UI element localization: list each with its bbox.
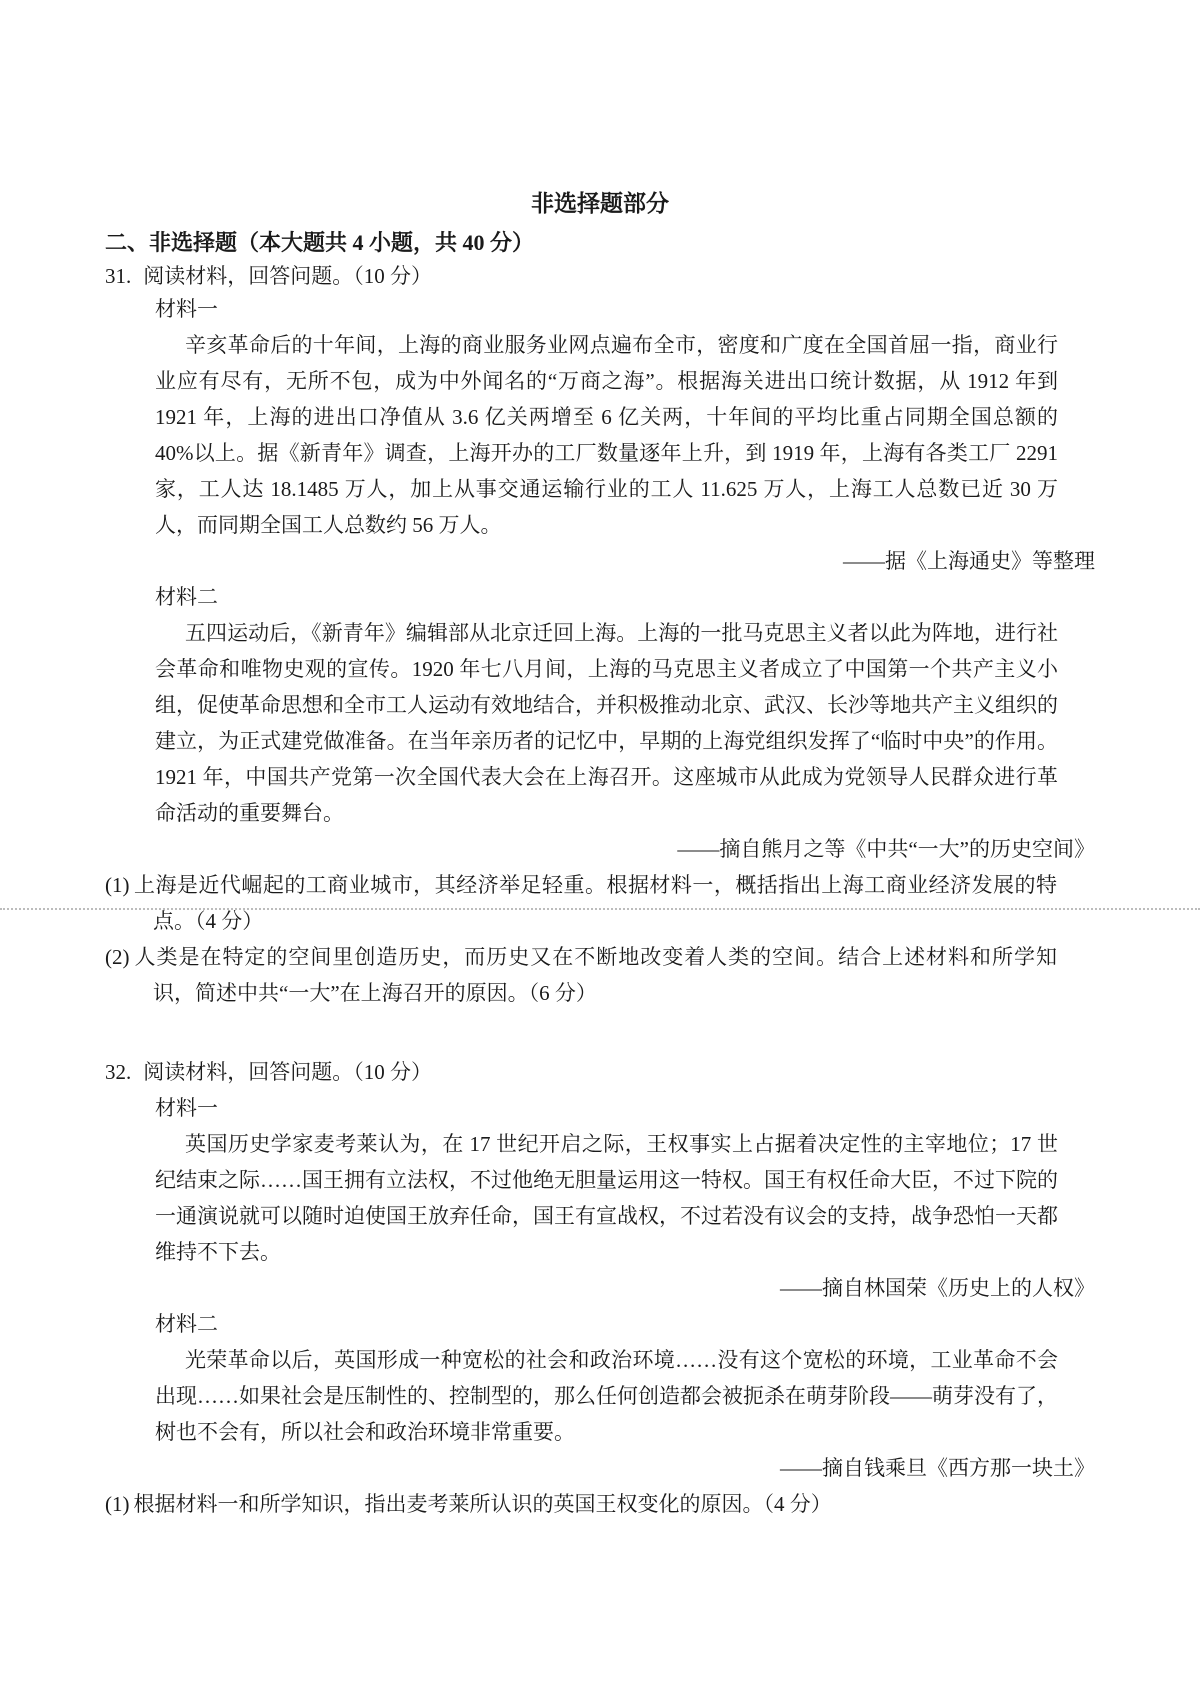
question-32-header: 32.阅读材料，回答问题。（10 分）: [105, 1054, 1095, 1090]
q31-material-1-source: ——据《上海通史》等整理: [105, 543, 1095, 579]
section-heading-main: 二、非选择题: [105, 230, 237, 255]
exam-content: 非选择题部分 二、非选择题（本大题共 4 小题，共 40 分） 31.阅读材料，…: [105, 0, 1095, 1522]
q31-material-2-text: 五四运动后，《新青年》编辑部从北京迁回上海。上海的一批马克思主义者以此为阵地，进…: [155, 615, 1058, 831]
q32-material-2-source: ——摘自钱乘旦《西方那一块土》: [105, 1450, 1095, 1486]
exam-page: 非选择题部分 二、非选择题（本大题共 4 小题，共 40 分） 31.阅读材料，…: [0, 0, 1200, 1698]
q32-subquestion-1: (1)根据材料一和所学知识，指出麦考莱所认识的英国王权变化的原因。（4 分）: [105, 1486, 1095, 1522]
q32-material-1-label: 材料一: [155, 1090, 1095, 1126]
q31-subquestion-1-number: (1): [105, 873, 130, 897]
question-31-header: 31.阅读材料，回答问题。（10 分）: [105, 261, 1095, 291]
section-title: 非选择题部分: [105, 188, 1095, 218]
section-heading: 二、非选择题（本大题共 4 小题，共 40 分）: [105, 228, 1095, 258]
q32-subquestion-1-number: (1): [105, 1492, 130, 1516]
q31-material-1-label: 材料一: [155, 291, 1095, 327]
q31-subquestion-1-text: 上海是近代崛起的工商业城市，其经济举足轻重。根据材料一，概括指出上海工商业经济发…: [134, 873, 1058, 933]
q31-material-2-label: 材料二: [155, 579, 1095, 615]
question-32-prompt: 阅读材料，回答问题。（10 分）: [143, 1060, 432, 1084]
q31-subquestion-2-text: 人类是在特定的空间里创造历史，而历史又在不断地改变着人类的空间。结合上述材料和所…: [134, 945, 1058, 1005]
q31-subquestion-2: (2)人类是在特定的空间里创造历史，而历史又在不断地改变着人类的空间。结合上述材…: [105, 939, 1095, 1011]
q32-material-2-label: 材料二: [155, 1306, 1095, 1342]
q31-material-2-source: ——摘自熊月之等《中共“一大”的历史空间》: [105, 831, 1095, 867]
q31-subquestion-1: (1)上海是近代崛起的工商业城市，其经济举足轻重。根据材料一，概括指出上海工商业…: [105, 867, 1095, 939]
q31-subquestion-2-number: (2): [105, 945, 130, 969]
q32-material-1-text: 英国历史学家麦考莱认为，在 17 世纪开启之际，王权事实上占据着决定性的主宰地位…: [155, 1126, 1058, 1270]
q32-material-2-text: 光荣革命以后，英国形成一种宽松的社会和政治环境……没有这个宽松的环境，工业革命不…: [155, 1342, 1058, 1450]
q32-subquestion-1-text: 根据材料一和所学知识，指出麦考莱所认识的英国王权变化的原因。（4 分）: [134, 1492, 832, 1516]
q31-material-1-text: 辛亥革命后的十年间，上海的商业服务业网点遍布全市，密度和广度在全国首屈一指，商业…: [155, 327, 1058, 543]
question-31-number: 31.: [105, 264, 131, 288]
question-32-number: 32.: [105, 1060, 131, 1084]
section-heading-note: （本大题共 4 小题，共 40 分）: [237, 230, 534, 255]
question-31-prompt: 阅读材料，回答问题。（10 分）: [143, 264, 432, 288]
q32-material-1-source: ——摘自林国荣《历史上的人权》: [105, 1270, 1095, 1306]
